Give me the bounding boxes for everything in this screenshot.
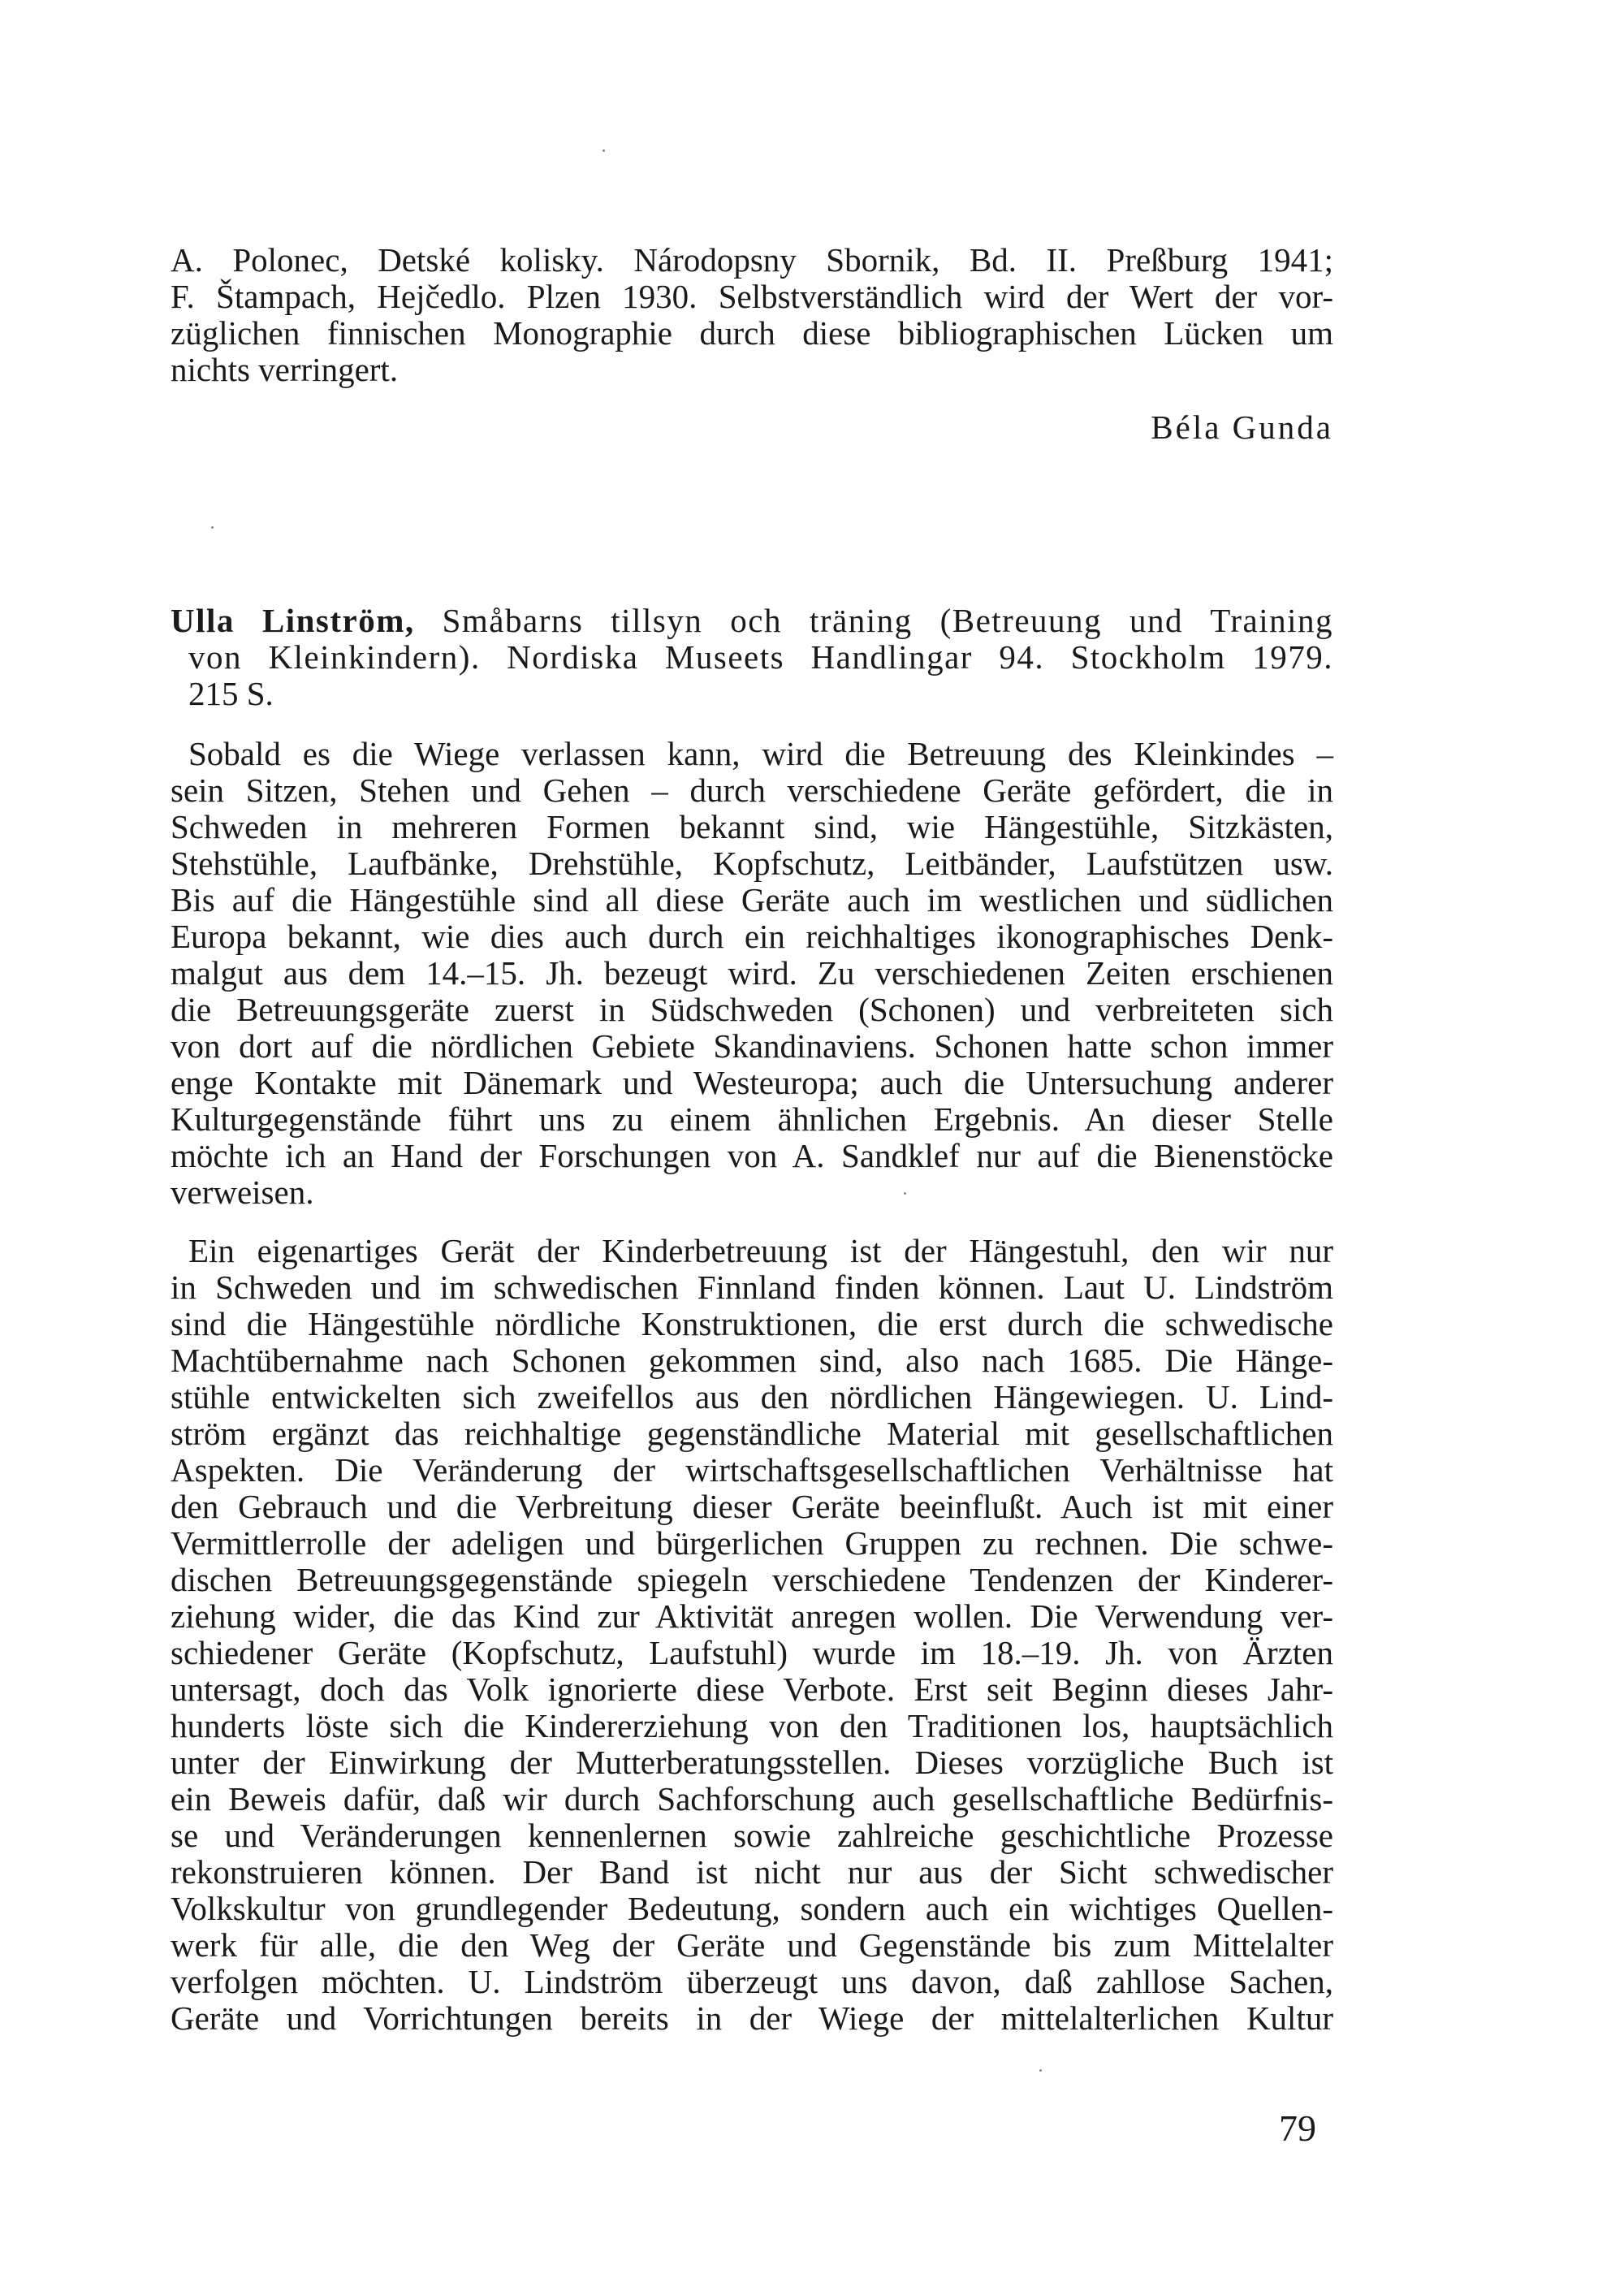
page-number: 79 — [1279, 2108, 1316, 2149]
citation-line: von Kleinkindern). Nordiska Museets Hand… — [171, 639, 1333, 676]
scan-speck — [904, 1192, 906, 1195]
text-line: enge Kontakte mit Dänemark und Westeurop… — [171, 1065, 1333, 1101]
text-line: malgut aus dem 14.–15. Jh. bezeugt wird.… — [171, 955, 1333, 992]
text-line: Machtübernahme nach Schonen gekommen sin… — [171, 1342, 1333, 1379]
text-line: dischen Betreuungsgegenstände spiegeln v… — [171, 1562, 1333, 1598]
text-line: von dort auf die nördlichen Gebiete Skan… — [171, 1028, 1333, 1065]
text-line: werk für alle, die den Weg der Geräte un… — [171, 1927, 1333, 1964]
text-line: hunderts löste sich die Kindererziehung … — [171, 1708, 1333, 1744]
text-line: rekonstruieren können. Der Band ist nich… — [171, 1854, 1333, 1891]
review-paragraph-2: Ein eigenartiges Gerät der Kinderbetreuu… — [171, 1233, 1333, 2037]
text-line: ein Beweis dafür, daß wir durch Sachfors… — [171, 1781, 1333, 1817]
text-line: schiedener Geräte (Kopfschutz, Laufstuhl… — [171, 1635, 1333, 1671]
text-line: sind die Hängestühle nördliche Konstrukt… — [171, 1306, 1333, 1342]
scan-speck — [603, 149, 605, 152]
text-line: Europa bekannt, wie dies auch durch ein … — [171, 918, 1333, 955]
text-line: Bis auf die Hängestühle sind all diese G… — [171, 882, 1333, 918]
text-line: Schweden in mehreren Formen bekannt sind… — [171, 809, 1333, 845]
text-line: in Schweden und im schwedischen Finnland… — [171, 1269, 1333, 1306]
text-line: ziehung wider, die das Kind zur Aktivitä… — [171, 1598, 1333, 1635]
text-line: den Gebrauch und die Verbreitung dieser … — [171, 1489, 1333, 1525]
text-line: sein Sitzen, Stehen und Gehen – durch ve… — [171, 772, 1333, 809]
text-line: nichts verringert. — [171, 352, 1333, 388]
text-line: Sobald es die Wiege verlassen kann, wird… — [171, 736, 1333, 772]
scan-speck — [211, 526, 214, 529]
text-line: Kulturgegenstände führt uns zu einem ähn… — [171, 1101, 1333, 1138]
text-line: F. Štampach, Hejčedlo. Plzen 1930. Selbs… — [171, 279, 1333, 315]
text-line: se und Veränderungen kennenlernen sowie … — [171, 1817, 1333, 1854]
text-line: Geräte und Vorrichtungen bereits in der … — [171, 2000, 1333, 2037]
review-paragraph-1: Sobald es die Wiege verlassen kann, wird… — [171, 736, 1333, 1211]
text-line: die Betreuungsgeräte zuerst in Südschwed… — [171, 992, 1333, 1028]
citation-line: Ulla Linström, Småbarns tillsyn och trän… — [171, 603, 1333, 639]
text-line: Volkskultur von grundlegender Bedeutung,… — [171, 1891, 1333, 1927]
scan-speck — [1039, 2069, 1042, 2072]
text-line: züglichen finnischen Monographie durch d… — [171, 315, 1333, 352]
book-author: Ulla Linström, — [171, 602, 415, 639]
text-line: möchte ich an Hand der Forschungen von A… — [171, 1138, 1333, 1174]
text-line: A. Polonec, Detské kolisky. Národopsny S… — [171, 242, 1333, 279]
text-line: untersagt, doch das Volk ignorierte dies… — [171, 1671, 1333, 1708]
citation-line: 215 S. — [171, 676, 1333, 712]
text-line: Ein eigenartiges Gerät der Kinderbetreuu… — [171, 1233, 1333, 1269]
text-line: verweisen. — [171, 1174, 1333, 1211]
review-citation: Ulla Linström, Småbarns tillsyn och trän… — [171, 603, 1333, 712]
previous-review-text: A. Polonec, Detské kolisky. Národopsny S… — [171, 242, 1333, 388]
text-line: Stehstühle, Laufbänke, Drehstühle, Kopfs… — [171, 845, 1333, 882]
text-line: unter der Einwirkung der Mutterberatungs… — [171, 1744, 1333, 1781]
reviewer-signature: Béla Gunda — [171, 409, 1333, 446]
text-line: ström ergänzt das reichhaltige gegenstän… — [171, 1415, 1333, 1452]
book-title: Småbarns tillsyn och träning (Betreuung … — [415, 602, 1333, 639]
text-line: Aspekten. Die Veränderung der wirtschaft… — [171, 1452, 1333, 1489]
text-line: stühle entwickelten sich zweifellos aus … — [171, 1379, 1333, 1415]
text-line: verfolgen möchten. U. Lindström überzeug… — [171, 1964, 1333, 2000]
text-line: Vermittlerrolle der adeligen und bürgerl… — [171, 1525, 1333, 1562]
